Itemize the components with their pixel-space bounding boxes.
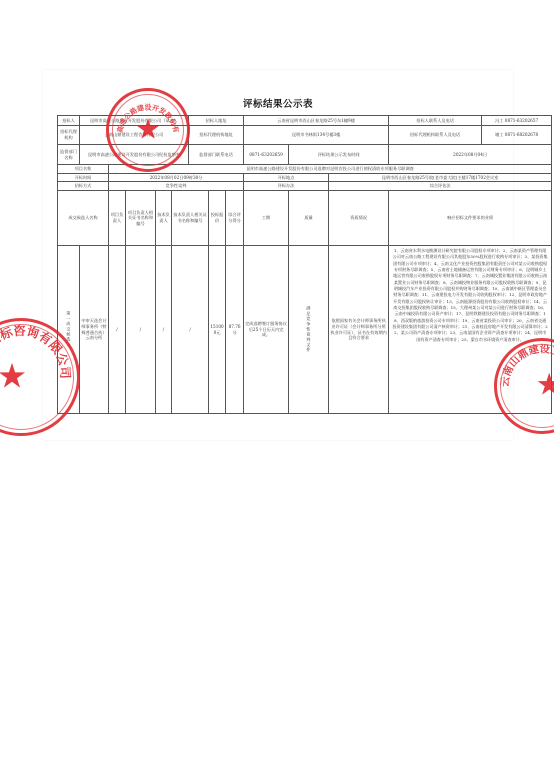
header-pm-cert: 项目负责人相关证书名称和编号 [126,191,156,246]
header-qualification: 资质情况 [329,191,389,246]
header-price: 投标报价 [209,191,226,246]
header-tech-cert: 技术负责人相关证书名称和编号 [172,191,209,246]
eval-value: 综合评估法 [329,182,552,191]
header-performance: 响应招标文件要求的业绩 [389,191,552,246]
header-candidate: 成交候选人名称 [58,191,109,246]
candidate-duration: 完成选聘签订服务协议后25个日历天内完成。 [244,246,289,414]
star-icon: ★ [0,359,27,393]
tenderer-addr-value: 云南省昆明市西山区春龙路25号东1幢9楼 [244,116,389,126]
candidate-pm: / [109,246,126,414]
candidate-score: 87.76分 [226,246,244,414]
candidate-quality: 满足竞争性谈判文件 [289,246,329,414]
procure-label: 招标方式 [58,182,109,191]
supervisor-phone-label: 监督部门联系电话 [189,145,244,165]
header-tech: 技术负责人 [156,191,172,246]
supervisor-label: 监督部门名称 [58,145,80,165]
open-row: 开标时间 2022年08月02日09时30分 开标地点 昆明市西山区春龙路25号… [58,173,552,182]
publish-label: 评标结果公示发布时间 [289,145,389,165]
tenderer-contact-value: 冯工 0871-63202657 [482,116,552,126]
tenderer-addr-label: 招标人地址 [189,116,244,126]
header-pm: 项目负责人 [109,191,126,246]
tenderer-label: 招标人 [58,116,80,126]
open-place-label: 开标地点 [244,173,329,182]
publish-value: 2022年08月04日 [389,145,552,165]
agency-label: 招标代理机构 [58,126,80,145]
agency-contact-value: 谢工 0871-68202678 [482,126,552,145]
method-row: 招标方式 竞争性谈判 评标办法 综合评估法 [58,182,552,191]
candidate-name: 中审天选会计师事务所（特殊普通合伙）云南分所 [80,246,109,414]
agency-addr-label: 招标代理机构地址 [189,126,244,145]
procure-value: 竞争性谈判 [109,182,244,191]
tenderer-seal: 昆明市高速公路建设开发股份有限公司 ★ [106,88,190,172]
candidate-tech-cert: / [172,246,209,414]
agency-seal-right: 云南山鼎建设工程 ★ [494,338,554,434]
open-place-value: 昆明市西山区春龙路25号院(老市委大院)主楼17楼1702会议室 [329,173,552,182]
agency-addr-value: 昆明市书林街134号楼3楼 [244,126,389,145]
candidate-qualification: 依照国家有关会计师事务所执业许可证（会计师事务所分所执业许可证），证书在有效期内… [329,246,389,414]
open-time-value: 2022年08月02日09时30分 [109,173,244,182]
header-quality: 质量 [289,191,329,246]
supervisor-phone-value: 0871-63202659 [244,145,289,165]
project-label: 项目名称 [58,165,109,174]
candidate-price: 151000元 [209,246,226,414]
header-row: 成交候选人名称 项目负责人 项目负责人相关证书名称和编号 技术负责人 技术负责人… [58,191,552,246]
open-time-label: 开标时间 [58,173,109,182]
star-icon: ★ [536,370,554,400]
tenderer-contact-label: 招标人联系人及电话 [389,116,482,126]
agency-seal-left: 招标咨询有限公司 ★ [0,318,80,436]
candidate-pm-cert: / [126,246,156,414]
table-row: 第一成交候选人 中审天选会计师事务所（特殊普通合伙）云南分所 / / / / 1… [58,246,552,414]
header-duration: 工期 [244,191,289,246]
star-icon: ★ [135,115,160,143]
agency-contact-label: 招标代理机构联系人及电话 [389,126,482,145]
header-score: 综合评分得分 [226,191,244,246]
eval-label: 评标办法 [244,182,329,191]
candidate-tech: / [156,246,172,414]
